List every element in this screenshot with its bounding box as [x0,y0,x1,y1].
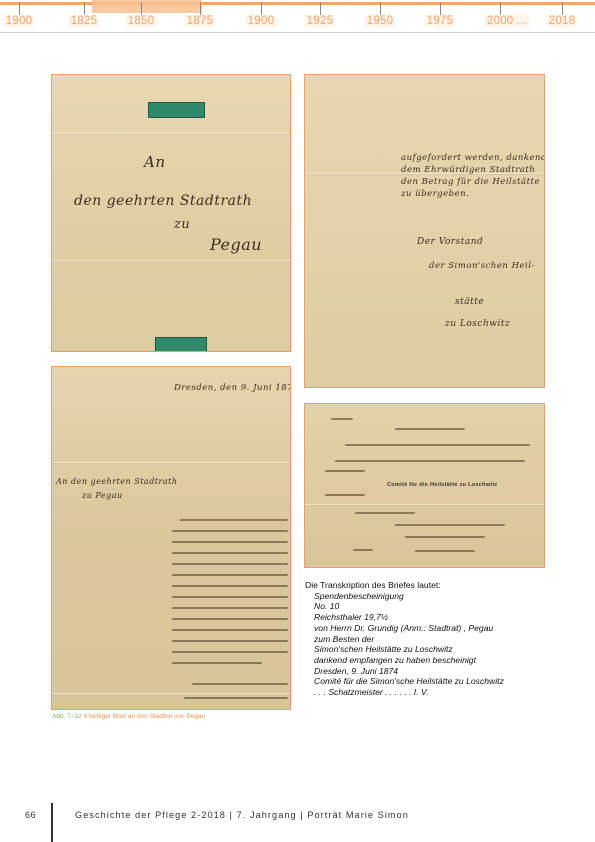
handwriting: den Betrag für die Heilstätte [401,177,540,187]
fold-line [305,504,544,506]
timeline-tick [261,2,262,15]
transcription-line: Simon'schen Heilstätte zu Loschwitz [314,644,504,655]
timeline-label: 1925 [305,15,335,27]
timeline-label: 1850 [126,15,156,27]
signature: Der Vorstand [417,237,483,247]
handwriting: zu übergeben. [401,189,469,199]
transcription-line: . . . Schatzmeister . . . . . . I. V. [314,687,504,698]
transcription-line: Dresden, 9. Juni 1874 [314,666,504,677]
transcription-line: No. 10 [314,601,504,612]
handwriting: den geehrten Stadtrath [74,193,252,209]
signature: zu Loschwitz [445,319,510,329]
footer-divider [51,803,53,842]
timeline-tick [562,2,563,15]
letter-page-2-photo: aufgefordert werden, dankend dem Ehrwürd… [304,74,545,388]
donation-receipt-photo: Comité für die Heilstätte zu Loschwitz [304,403,545,568]
transcription-line: Comité für die Simon'sche Heilstätte zu … [314,676,504,687]
timeline-label: 1950 [365,15,395,27]
handwriting-address: zu Pegau [82,491,123,500]
page-number: 66 [25,810,36,820]
timeline-label: 2018 [547,15,577,27]
handwriting: zu [174,217,190,232]
fold-line [52,133,290,135]
timeline-label: 1900 [4,15,34,27]
timeline-tick [380,2,381,15]
figure-caption: Abb. 7–12 4 farbiger Brief an den Stadtr… [52,713,205,720]
caption-prefix: Abb. 7–12 [52,713,82,720]
running-footer-title: Geschichte der Pflege 2-2018 | 7. Jahrga… [75,810,409,820]
letter-page-1-photo: Dresden, den 9. Juni 1874 An den geehrte… [51,366,291,710]
timeline-tick [440,2,441,15]
timeline-tick [500,2,501,15]
header-rule [0,32,595,33]
timeline-label: 1825 [69,15,99,27]
receipt-printed-line: Comité für die Heilstätte zu Loschwitz [387,482,497,488]
transcription-line: zum Besten der [314,634,504,645]
envelope-photo: An den geehrten Stadtrath zu Pegau [51,74,291,352]
caption-text: 4 farbiger Brief an den Stadtrat von Peg… [83,713,205,720]
timeline-axis [0,2,595,5]
handwriting: Pegau [210,235,262,254]
timeline-label: 1875 [185,15,215,27]
timeline-tick [19,2,20,15]
transcription-intro: Die Transkription des Briefes lautet: [305,580,504,591]
fold-line [52,462,290,464]
timeline-label: 1900 [246,15,276,27]
timeline-tick [200,2,201,15]
handwriting-date: Dresden, den 9. Juni 1874 [174,383,291,393]
stamp-top [148,102,205,118]
timeline-tick [84,2,85,15]
fold-line [52,260,290,262]
timeline-label: 2000 ... [485,15,529,27]
transcription-line: Spendenbescheinigung [314,591,504,602]
handwriting-address: An den geehrten Stadtrath [56,477,178,486]
transcription-lines: Spendenbescheinigung No. 10 Reichsthaler… [305,591,504,698]
handwriting: aufgefordert werden, dankend [401,153,545,163]
handwriting: An [144,153,166,171]
transcription-line: von Herrn Dr. Grundig (Anm.: Stadtrat) ,… [314,623,504,634]
signature: stätte [455,297,484,307]
timeline-label: 1975 [425,15,455,27]
transcription-line: dankend empfangen zu haben bescheinigt [314,655,504,666]
transcription: Die Transkription des Briefes lautet: Sp… [305,580,504,698]
stamp-bottom [155,337,207,352]
signature: der Simon'schen Heil- [429,261,535,271]
handwriting: dem Ehrwürdigen Stadtrath [401,165,535,175]
transcription-line: Reichsthaler 19,7½ [314,612,504,623]
timeline-highlight [92,0,202,13]
timeline-tick [320,2,321,15]
timeline-tick [141,2,142,15]
fold-line [52,693,290,695]
timeline: 1900 1825 1850 1875 1900 1925 1950 1975 … [0,0,595,34]
